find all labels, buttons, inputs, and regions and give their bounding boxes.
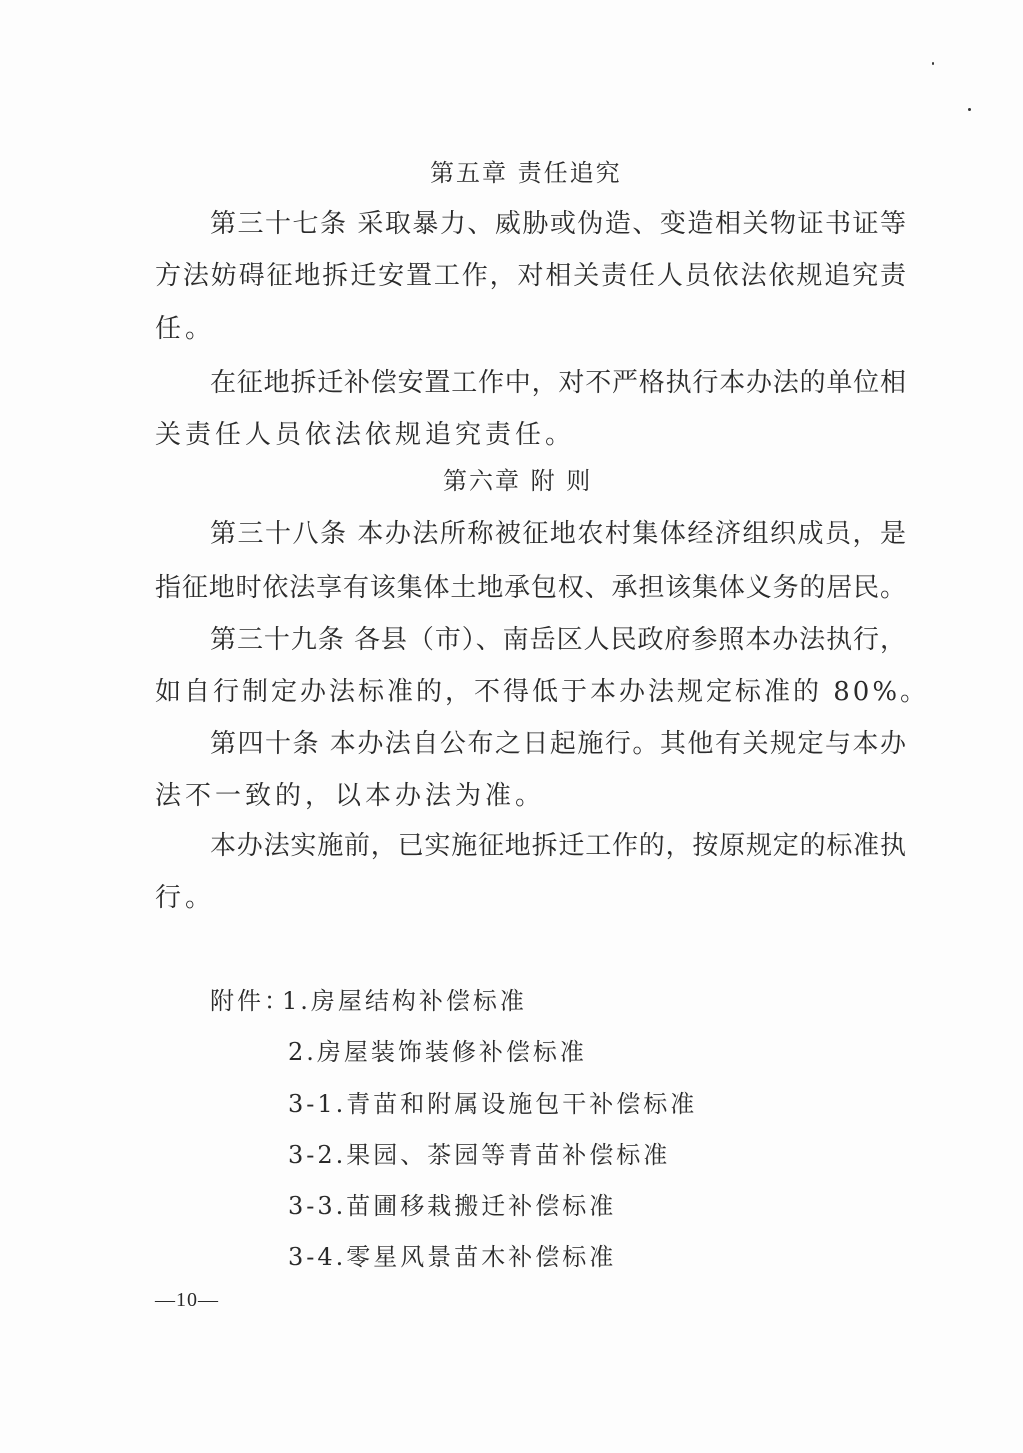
chapter-6-title: 第六章 附 则 (443, 466, 592, 496)
article-40-text-1: 第四十条 本办法自公布之日起施行。其他有关规定与本办 (210, 728, 906, 760)
transition-para-line-2: 行。 (155, 882, 215, 914)
chapter-5-para-2-line-2: 关责任人员依法依规追究责任。 (155, 419, 575, 451)
attachment-item: 3-2.果园、茶园等青苗补偿标准 (288, 1140, 670, 1170)
article-37-text-1: 第三十七条 采取暴力、威胁或伪造、变造相关物证书证等 (210, 208, 906, 240)
transition-para-text-1: 本办法实施前，已实施征地拆迁工作的，按原规定的标准执 (210, 830, 906, 862)
attachment-item: 2.房屋装饰装修补偿标准 (288, 1037, 587, 1067)
article-38-line-2: 指征地时依法享有该集体土地承包权、承担该集体义务的居民。 (155, 572, 906, 604)
article-37-line-2: 方法妨碍征地拆迁安置工作，对相关责任人员依法依规追究责 (155, 260, 906, 292)
article-39-line-2: 如自行制定办法标准的，不得低于本办法规定标准的 80%。 (155, 676, 929, 708)
page-number: —10— (155, 1288, 219, 1312)
article-40-line-1: 第四十条 本办法自公布之日起施行。其他有关规定与本办 (210, 728, 906, 760)
scan-speck (968, 108, 971, 111)
attachment-item: 3-4.零星风景苗木补偿标准 (288, 1242, 616, 1272)
article-37-line-1: 第三十七条 采取暴力、威胁或伪造、变造相关物证书证等 (210, 208, 906, 240)
chapter-5-title: 第五章 责任追究 (430, 158, 622, 188)
transition-para-line-1: 本办法实施前，已实施征地拆迁工作的，按原规定的标准执 (210, 830, 906, 862)
attachments-label: 附件： (210, 986, 291, 1016)
attachment-item: 3-1.青苗和附属设施包干补偿标准 (288, 1089, 697, 1119)
document-page: 第五章 责任追究 第三十七条 采取暴力、威胁或伪造、变造相关物证书证等 方法妨碍… (0, 0, 1023, 1453)
scan-speck (932, 62, 934, 65)
article-37-text-2: 方法妨碍征地拆迁安置工作，对相关责任人员依法依规追究责 (155, 260, 906, 292)
article-39-line-1: 第三十九条 各县（市）、南岳区人民政府参照本办法执行， (210, 624, 906, 656)
article-38-text-1: 第三十八条 本办法所称被征地农村集体经济组织成员，是 (210, 518, 906, 550)
article-39-text-1: 第三十九条 各县（市）、南岳区人民政府参照本办法执行， (210, 624, 906, 656)
attachment-item: 3-3.苗圃移栽搬迁补偿标准 (288, 1191, 616, 1221)
chapter-5-para-2-line-1: 在征地拆迁补偿安置工作中，对不严格执行本办法的单位相 (210, 367, 906, 399)
attachment-item: 1.房屋结构补偿标准 (282, 986, 527, 1016)
article-37-line-3: 任。 (155, 313, 215, 345)
article-38-text-2: 指征地时依法享有该集体土地承包权、承担该集体义务的居民。 (155, 572, 906, 604)
chapter-5-para-2-text-1: 在征地拆迁补偿安置工作中，对不严格执行本办法的单位相 (210, 367, 906, 399)
article-40-line-2: 法不一致的，以本办法为准。 (155, 780, 545, 812)
article-38-line-1: 第三十八条 本办法所称被征地农村集体经济组织成员，是 (210, 518, 906, 550)
